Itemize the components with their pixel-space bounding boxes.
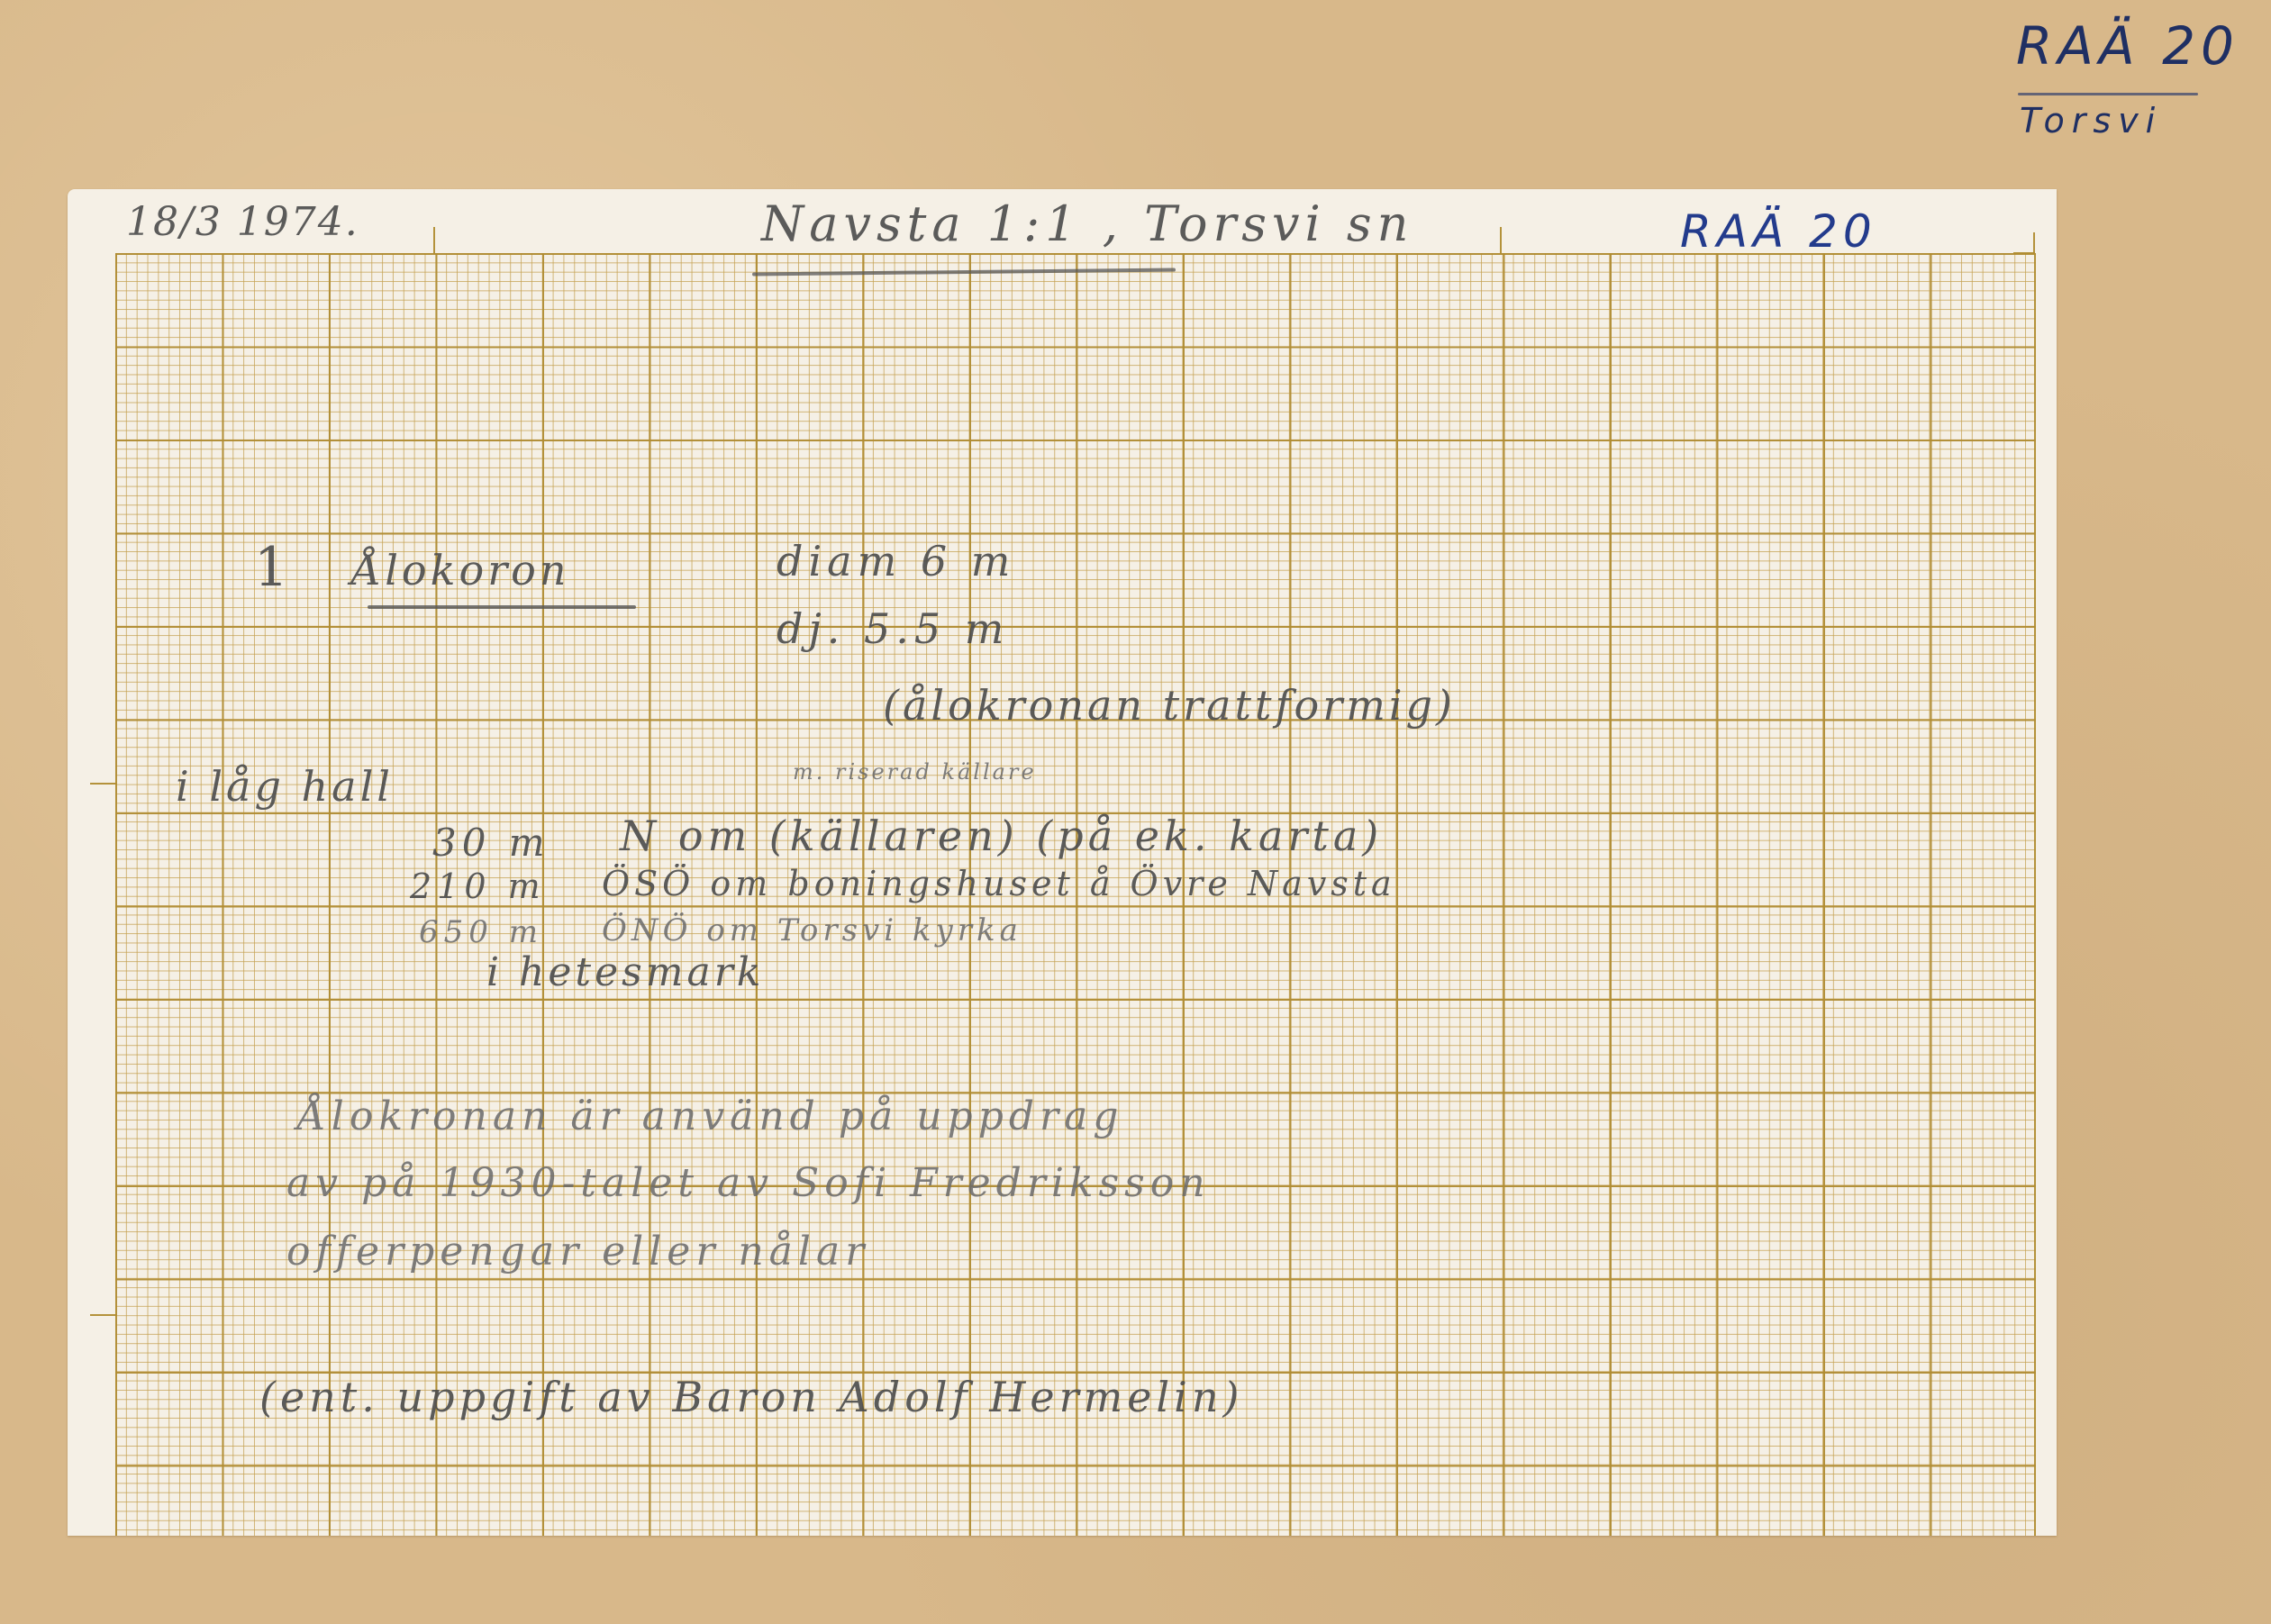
position-text: N om (källaren) (på ek. karta)	[620, 815, 1383, 857]
folder-code-label: RAÄ 20	[2016, 20, 2239, 72]
note-line: offerpengar eller nålar	[286, 1232, 869, 1272]
insert-note: m. riserad källare	[793, 761, 1037, 783]
card-title: Navsta 1:1 , Torsvi sn	[761, 200, 1413, 249]
position-distance: 650 m	[419, 917, 543, 948]
position-text: ÖNÖ om Torsvi kyrka	[602, 915, 1022, 946]
site-type: Ålokoron	[351, 549, 570, 591]
shape-note: (ålokronan trattformig)	[883, 685, 1456, 726]
position-distance: 30 m	[432, 824, 550, 862]
diameter-measurement: diam 6 m	[777, 540, 1015, 582]
note-line: av på 1930-talet av Sofi Fredriksson	[286, 1164, 1211, 1203]
grid-tick	[1500, 227, 1502, 254]
position-distance: 210 m	[410, 869, 546, 903]
site-type-underline	[368, 605, 636, 609]
card-date: 18/3 1974.	[126, 203, 359, 242]
grid-tick	[2033, 232, 2035, 254]
grid-tick	[2013, 252, 2035, 254]
location-label: i låg hall	[176, 766, 394, 807]
note-line: Ålokronan är använd på uppdrag	[297, 1097, 1123, 1137]
grid-tick	[90, 783, 117, 785]
terrain-note: i hetesmark	[486, 953, 764, 993]
card-reference: RAÄ 20	[1680, 209, 1877, 254]
source-note: (ent. uppgift av Baron Adolf Hermelin)	[259, 1376, 1243, 1418]
grid-tick	[433, 227, 435, 254]
entry-number: 1	[254, 540, 290, 594]
folder-parish-label: Torsvi	[2020, 104, 2162, 138]
position-text: ÖSÖ om boningshuset å Övre Navsta	[602, 866, 1396, 901]
depth-measurement: dj. 5.5 m	[777, 608, 1009, 649]
grid-tick	[90, 1314, 117, 1316]
folder-label-underline	[2018, 93, 2198, 95]
